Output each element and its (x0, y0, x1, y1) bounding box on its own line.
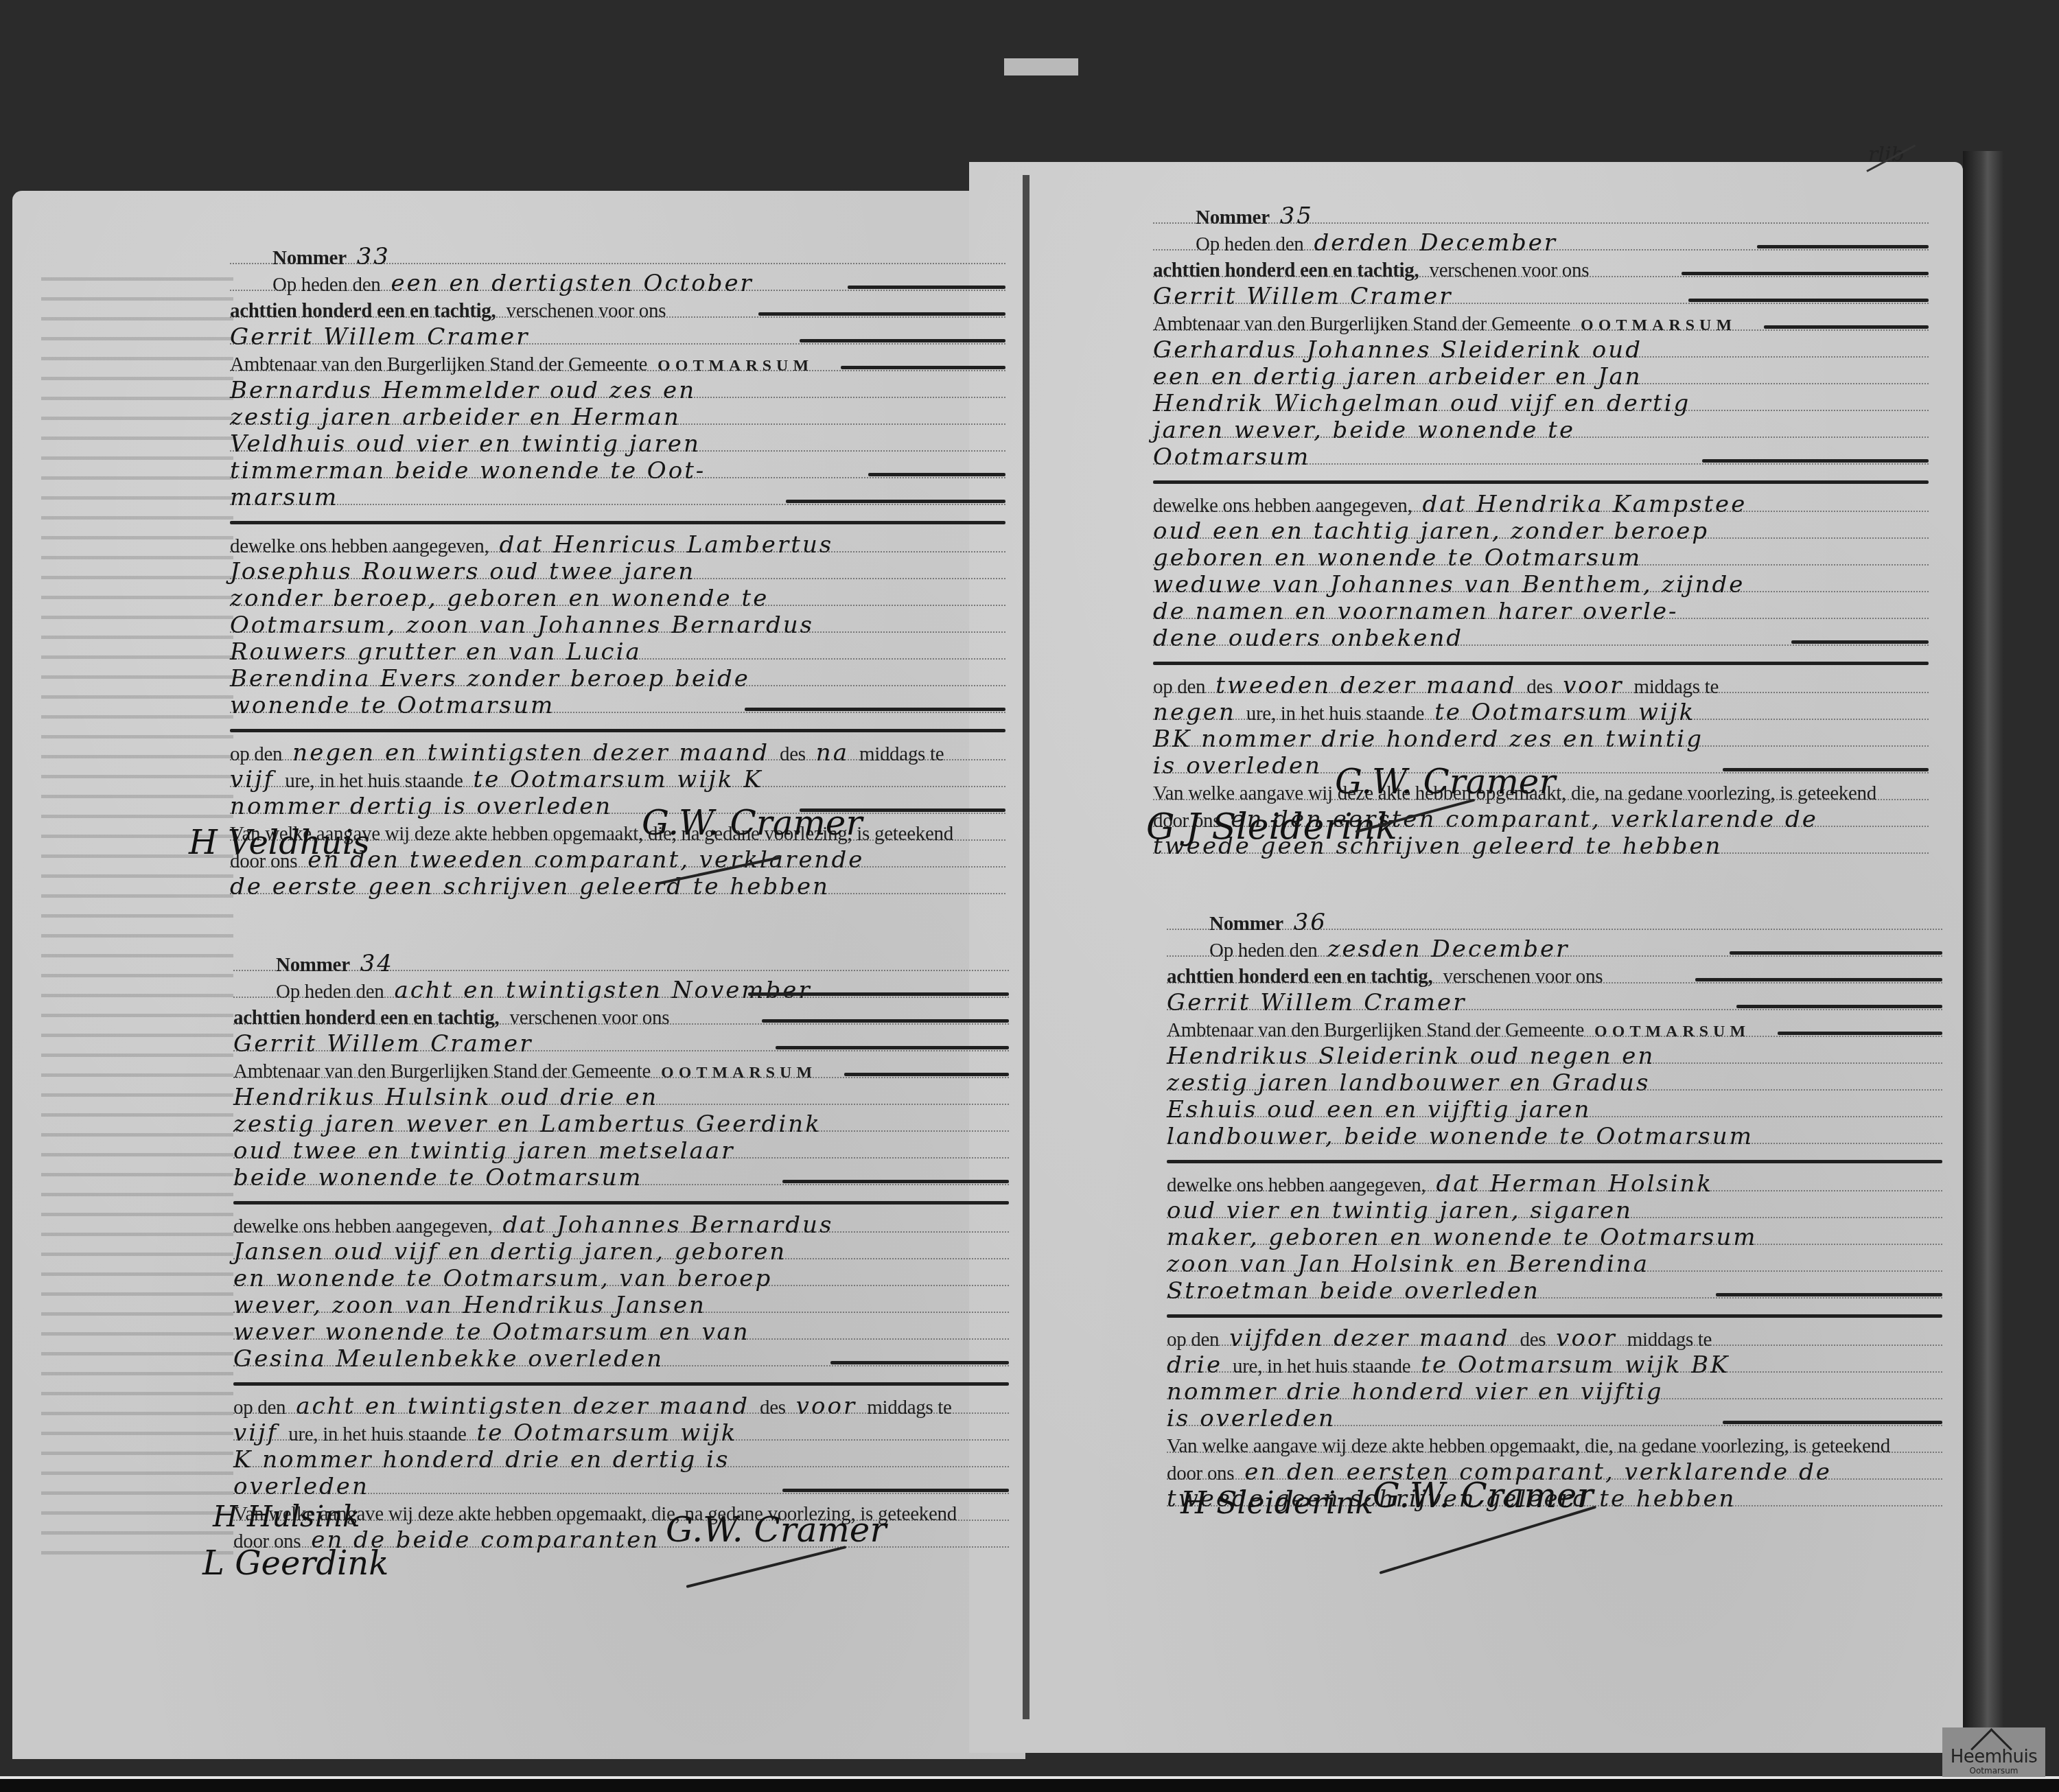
op-den-label: op den (233, 1397, 286, 1419)
death-day: acht en twintigsten dezer maand (296, 1393, 749, 1420)
filler-rule (1716, 1293, 1942, 1296)
filler-rule (1695, 978, 1942, 981)
house-location: nommer dertig is overleden (230, 793, 612, 820)
form-line: op den negen en twintigsten dezer maand … (230, 740, 1005, 767)
nommer-label: Nommer (1209, 913, 1283, 935)
ure-label: ure, in het huis staande (1233, 1355, 1410, 1377)
signature-sleiderink-h: H Sleiderink (1180, 1486, 1373, 1521)
filler-rule (1736, 1005, 1942, 1008)
section-rule (233, 1191, 1009, 1212)
filler-rule (848, 286, 1005, 289)
house-location: is overleden (1153, 752, 1322, 780)
bleed-through-lines (41, 261, 233, 1565)
op-heden-label: Op heden den (272, 274, 380, 296)
form-line: zonder beroep, geboren en wonende te (230, 585, 1005, 612)
heemhuis-logo: Heemhuis Ootmarsum (1942, 1727, 2045, 1777)
declarant-text: een en dertig jaren arbeider en Jan (1153, 363, 1642, 391)
dewelke-label: dewelke ons hebben aangegeven, (233, 1215, 493, 1237)
form-line: jaren wever, beide wonende te (1153, 417, 1929, 444)
filler-rule (844, 1073, 1009, 1076)
house-location: te Ootmarsum wijk (1434, 699, 1695, 726)
form-line: vijf ure, in het huis staande te Ootmars… (230, 767, 1005, 793)
municipality: OOTMARSUM (658, 357, 813, 375)
signature-sleiderink-gj: G J Sleiderink (1146, 806, 1397, 848)
middags-label: middags te (859, 743, 944, 765)
ure-label: ure, in het huis staande (1246, 703, 1424, 725)
van-welke-label: Van welke aangave wij deze akte hebben o… (1167, 1435, 1890, 1457)
middags-label: middags te (1634, 676, 1719, 698)
form-line: maker, geboren en wonende te Ootmarsum (1167, 1224, 1942, 1251)
house-location: te Ootmarsum wijk K (474, 766, 763, 793)
ure-label: ure, in het huis staande (285, 770, 463, 792)
form-line: Hendrikus Sleiderink oud negen en (1167, 1043, 1942, 1070)
house-location: te Ootmarsum wijk (477, 1419, 738, 1447)
filler-rule (745, 708, 1005, 711)
signed-by-text: en den tweeden comparant, verklarende (307, 846, 864, 874)
signature-cramer-36: G.W. Cramer (1373, 1476, 1593, 1515)
form-line: Van welke aangave wij deze akte hebben o… (1167, 1432, 1942, 1459)
deceased-text: geboren en wonende te Ootmarsum (1153, 544, 1642, 572)
ampm: na (816, 739, 849, 767)
form-line: de namen en voornamen harer overle- (1153, 598, 1929, 625)
nommer-label: Nommer (276, 954, 350, 976)
deceased-text: Ootmarsum, zoon van Johannes Bernardus (230, 612, 814, 639)
filler-rule (841, 366, 1005, 369)
declarant-text: Hendrik Wichgelman oud vijf en dertig (1153, 390, 1690, 417)
form-line: zestig jaren landbouwer en Gradus (1167, 1070, 1942, 1097)
form-line: is overleden (1167, 1406, 1942, 1432)
des-label: des (1520, 1329, 1546, 1351)
record-number: 35 (1280, 202, 1314, 230)
nommer-label: Nommer (272, 247, 347, 269)
form-line: op den acht en twintigsten dezer maand d… (233, 1393, 1009, 1420)
signature-veldhuis: H Veldhuis (189, 824, 370, 862)
filler-rule (830, 1361, 1009, 1364)
form-line: dewelke ons hebben aangegeven, dat Hendr… (1153, 491, 1929, 518)
dewelke-label: dewelke ons hebben aangegeven, (1153, 495, 1412, 517)
section-rule (1167, 1150, 1942, 1171)
op-heden-label: Op heden den (1209, 940, 1317, 962)
death-hour: vijf (230, 766, 275, 793)
declarant-text: timmerman beide wonende te Oot- (230, 457, 706, 485)
record-date: een en dertigsten October (391, 270, 753, 297)
form-line: Stroetman beide overleden (1167, 1278, 1942, 1305)
signed-by-text: de eerste geen schrijven geleerd te hebb… (230, 873, 830, 900)
signature-cramer-34: G.W. Cramer (666, 1510, 886, 1550)
signature-hulsink: H Hulsink (213, 1500, 360, 1533)
form-line: vijf ure, in het huis staande te Ootmars… (233, 1420, 1009, 1447)
op-heden-label: Op heden den (276, 981, 384, 1003)
death-record-34: Nommer 34Op heden den acht en twintigste… (233, 951, 1009, 1554)
record-number: 36 (1294, 909, 1327, 936)
form-line: Bernardus Hemmelder oud zes en (230, 377, 1005, 404)
declarant-text: landbouwer, beide wonende te Ootmarsum (1167, 1123, 1754, 1150)
book-binding-edge (1963, 151, 2004, 1750)
filler-rule (748, 992, 1009, 996)
declarant-text: Ootmarsum (1153, 443, 1310, 471)
death-hour: vijf (233, 1419, 278, 1447)
verschenen-label: verschenen voor ons (510, 1007, 670, 1029)
form-line: Gerrit Willem Cramer (1153, 283, 1929, 310)
record-number: 33 (357, 243, 391, 270)
deceased-text: dat Herman Holsink (1436, 1170, 1714, 1198)
form-line: dewelke ons hebben aangegeven, dat Johan… (233, 1212, 1009, 1239)
form-line: Gerhardus Johannes Sleiderink oud (1153, 337, 1929, 364)
filler-rule (758, 312, 1005, 316)
form-line: nommer drie honderd vier en vijftig (1167, 1379, 1942, 1406)
house-location: BK nommer drie honderd zes en twintig (1153, 725, 1703, 753)
declarant-text: marsum (230, 484, 338, 511)
form-line: Hendrik Wichgelman oud vijf en dertig (1153, 391, 1929, 417)
form-line: weduwe van Johannes van Benthem, zijnde (1153, 572, 1929, 598)
deceased-text: de namen en voornamen harer overle- (1153, 598, 1679, 625)
death-hour: negen (1153, 699, 1236, 726)
filler-rule (800, 339, 1005, 342)
record-number: 34 (360, 950, 394, 977)
form-line: een en dertig jaren arbeider en Jan (1153, 364, 1929, 391)
form-line: Ootmarsum, zoon van Johannes Bernardus (230, 612, 1005, 639)
scan-bottom-band (0, 1779, 2059, 1792)
form-line: Hendrikus Hulsink oud drie en (233, 1084, 1009, 1111)
ambtenaar-label: Ambtenaar van den Burgerlijken Stand der… (1153, 313, 1570, 335)
form-line: Nommer 35 (1153, 203, 1929, 230)
form-line: de eerste geen schrijven geleerd te hebb… (230, 874, 1005, 900)
filler-rule (1723, 1421, 1942, 1424)
deceased-text: en wonende te Ootmarsum, van beroep (233, 1265, 772, 1292)
form-line: Ambtenaar van den Burgerlijken Stand der… (1167, 1016, 1942, 1043)
form-line: oud vier en twintig jaren, sigaren (1167, 1198, 1942, 1224)
declarant-text: Bernardus Hemmelder oud zes en (230, 377, 696, 404)
municipality: OOTMARSUM (661, 1064, 817, 1082)
logo-place: Ootmarsum (1942, 1766, 2045, 1776)
ure-label: ure, in het huis staande (288, 1423, 466, 1445)
filler-rule (1702, 459, 1929, 463)
filler-rule (1688, 299, 1929, 302)
form-line: Eshuis oud een en vijftig jaren (1167, 1097, 1942, 1124)
form-line: wonende te Ootmarsum (230, 693, 1005, 719)
municipality: OOTMARSUM (1594, 1023, 1750, 1040)
officer-name: Gerrit Willem Cramer (1153, 283, 1452, 310)
form-line: timmerman beide wonende te Oot- (230, 458, 1005, 485)
form-line: dewelke ons hebben aangegeven, dat Henri… (230, 532, 1005, 559)
death-day: negen en twintigsten dezer maand (292, 739, 769, 767)
house-location: K nommer honderd drie en dertig is (233, 1446, 730, 1474)
declarant-text: Eshuis oud een en vijftig jaren (1167, 1096, 1591, 1124)
door-ons-label: door ons (1167, 1463, 1234, 1485)
deceased-text: Rouwers grutter en van Lucia (230, 638, 642, 666)
form-line: BK nommer drie honderd zes en twintig (1153, 726, 1929, 753)
death-day: vijfden dezer maand (1229, 1325, 1509, 1352)
nommer-label: Nommer (1196, 207, 1270, 229)
form-line: overleden (233, 1474, 1009, 1500)
declarant-text: Gerhardus Johannes Sleiderink oud (1153, 336, 1642, 364)
logo-name: Heemhuis (1942, 1747, 2045, 1767)
deceased-text: wever, zoon van Hendrikus Jansen (233, 1292, 706, 1319)
declarant-text: Hendrikus Sleiderink oud negen en (1167, 1043, 1655, 1070)
form-line: Gesina Meulenbekke overleden (233, 1346, 1009, 1373)
form-line: dewelke ons hebben aangegeven, dat Herma… (1167, 1171, 1942, 1198)
filler-rule (1791, 640, 1929, 644)
middags-label: middags te (867, 1397, 951, 1419)
deceased-text: oud een en tachtig jaren, zonder beroep (1153, 517, 1709, 545)
form-line: negen ure, in het huis staande te Ootmar… (1153, 699, 1929, 726)
form-line: achttien honderd een en tachtig, versche… (230, 297, 1005, 324)
dewelke-label: dewelke ons hebben aangegeven, (230, 535, 489, 557)
declarant-text: zestig jaren wever en Lambertus Geerdink (233, 1110, 822, 1138)
form-line: Gerrit Willem Cramer (233, 1031, 1009, 1058)
officer-name: Gerrit Willem Cramer (230, 323, 529, 351)
section-rule (1153, 471, 1929, 491)
filler-rule (1757, 245, 1929, 248)
folio-mark: rlib (1868, 143, 1905, 167)
deceased-text: dat Johannes Bernardus (503, 1211, 834, 1239)
op-den-label: op den (1153, 676, 1205, 698)
ampm: voor (1563, 672, 1623, 699)
death-day: tweeden dezer maand (1215, 672, 1516, 699)
record-date: zesden December (1327, 935, 1569, 963)
deceased-text: maker, geboren en wonende te Ootmarsum (1167, 1224, 1758, 1251)
year-text: achttien honderd een en tachtig, (230, 300, 496, 322)
form-line: achttien honderd een en tachtig, versche… (233, 1004, 1009, 1031)
deceased-text: Stroetman beide overleden (1167, 1277, 1540, 1305)
form-line: geboren en wonende te Ootmarsum (1153, 545, 1929, 572)
des-label: des (760, 1397, 786, 1419)
deceased-text: wever wonende te Ootmarsum en van (233, 1318, 750, 1346)
middags-label: middags te (1627, 1329, 1712, 1351)
form-line: zoon van Jan Holsink en Berendina (1167, 1251, 1942, 1278)
deceased-text: dene ouders onbekend (1153, 625, 1463, 652)
page-gutter (1023, 175, 1029, 1719)
form-line: Berendina Evers zonder beroep beide (230, 666, 1005, 693)
form-line: Op heden den acht en twintigsten Novembe… (233, 977, 1009, 1004)
form-line: achttien honderd een en tachtig, versche… (1167, 963, 1942, 990)
des-label: des (780, 743, 806, 765)
scanner-tab (1004, 58, 1078, 75)
house-location: overleden (233, 1473, 369, 1500)
op-den-label: op den (1167, 1329, 1219, 1351)
form-line: Josephus Rouwers oud twee jaren (230, 559, 1005, 585)
filler-rule (1723, 768, 1929, 771)
declarant-text: beide wonende te Ootmarsum (233, 1164, 643, 1191)
form-line: Veldhuis oud vier en twintig jaren (230, 431, 1005, 458)
form-line: dene ouders onbekend (1153, 625, 1929, 652)
signature-geerdink: L Geerdink (202, 1544, 388, 1583)
house-location: is overleden (1167, 1405, 1336, 1432)
form-line: Gerrit Willem Cramer (230, 324, 1005, 351)
filler-rule (1764, 325, 1929, 329)
declarant-text: Veldhuis oud vier en twintig jaren (230, 430, 701, 458)
form-line: en wonende te Ootmarsum, van beroep (233, 1266, 1009, 1292)
declarant-text: zestig jaren landbouwer en Gradus (1167, 1069, 1650, 1097)
form-line: Nommer 34 (233, 951, 1009, 977)
deceased-text: Berendina Evers zonder beroep beide (230, 665, 750, 693)
form-line: Gerrit Willem Cramer (1167, 990, 1942, 1016)
deceased-text: Jansen oud vijf en dertig jaren, geboren (233, 1238, 787, 1266)
filler-rule (782, 1180, 1009, 1183)
form-line: beide wonende te Ootmarsum (233, 1165, 1009, 1191)
form-line: op den vijfden dezer maand des voor midd… (1167, 1325, 1942, 1352)
declarant-text: Hendrikus Hulsink oud drie en (233, 1084, 658, 1111)
filler-rule (1778, 1032, 1942, 1035)
filler-rule (1730, 951, 1942, 955)
ampm: voor (796, 1393, 857, 1420)
form-line: Jansen oud vijf en dertig jaren, geboren (233, 1239, 1009, 1266)
filler-rule (1682, 272, 1929, 275)
form-line: achttien honderd een en tachtig, versche… (1153, 257, 1929, 283)
year-text: achttien honderd een en tachtig, (233, 1007, 500, 1029)
form-line: nommer dertig is overleden (230, 793, 1005, 820)
officer-name: Gerrit Willem Cramer (1167, 989, 1466, 1016)
form-line: zestig jaren arbeider en Herman (230, 404, 1005, 431)
year-text: achttien honderd een en tachtig, (1153, 259, 1419, 281)
declarant-text: oud twee en twintig jaren metselaar (233, 1137, 734, 1165)
section-rule (233, 1373, 1009, 1393)
ambtenaar-label: Ambtenaar van den Burgerlijken Stand der… (230, 353, 647, 375)
form-line: Nommer 33 (230, 244, 1005, 270)
filler-rule (782, 1489, 1009, 1492)
filler-rule (762, 1019, 1009, 1023)
deceased-text: zonder beroep, geboren en wonende te (230, 585, 769, 612)
form-line: Op heden den een en dertigsten October (230, 270, 1005, 297)
op-den-label: op den (230, 743, 282, 765)
deceased-text: dat Hendrika Kampstee (1423, 491, 1747, 518)
house-location: te Ootmarsum wijk BK (1421, 1351, 1730, 1379)
form-line: Op heden den zesden December (1167, 936, 1942, 963)
death-record-33: Nommer 33Op heden den een en dertigsten … (230, 244, 1005, 900)
verschenen-label: verschenen voor ons (1430, 259, 1590, 281)
form-line: marsum (230, 485, 1005, 511)
form-line: Rouwers grutter en van Lucia (230, 639, 1005, 666)
deceased-text: wonende te Ootmarsum (230, 692, 555, 719)
section-rule (1167, 1305, 1942, 1325)
deceased-text: weduwe van Johannes van Benthem, zijnde (1153, 571, 1745, 598)
filler-rule (786, 500, 1005, 503)
form-line: Nommer 36 (1167, 909, 1942, 936)
deceased-text: oud vier en twintig jaren, sigaren (1167, 1197, 1633, 1224)
signature-cramer-33: G.W. Cramer (642, 803, 862, 843)
death-record-36: Nommer 36Op heden den zesden Decemberach… (1167, 909, 1942, 1513)
section-rule (230, 719, 1005, 740)
signature-cramer-35: G.W. Cramer (1335, 762, 1555, 802)
form-line: oud twee en twintig jaren metselaar (233, 1138, 1009, 1165)
form-line: Ambtenaar van den Burgerlijken Stand der… (233, 1058, 1009, 1084)
dotted-rule (230, 504, 1005, 505)
filler-rule (868, 473, 1005, 476)
death-hour: drie (1167, 1351, 1222, 1379)
deceased-text: zoon van Jan Holsink en Berendina (1167, 1250, 1649, 1278)
section-rule (230, 511, 1005, 532)
municipality: OOTMARSUM (1581, 316, 1736, 334)
form-line: op den tweeden dezer maand des voor midd… (1153, 673, 1929, 699)
form-line: Ambtenaar van den Burgerlijken Stand der… (1153, 310, 1929, 337)
officer-name: Gerrit Willem Cramer (233, 1030, 533, 1058)
form-line: zestig jaren wever en Lambertus Geerdink (233, 1111, 1009, 1138)
form-line: Ootmarsum (1153, 444, 1929, 471)
form-line: K nommer honderd drie en dertig is (233, 1447, 1009, 1474)
form-line: wever wonende te Ootmarsum en van (233, 1319, 1009, 1346)
record-date: acht en twintigsten November (394, 977, 811, 1004)
verschenen-label: verschenen voor ons (507, 300, 666, 322)
des-label: des (1526, 676, 1552, 698)
ambtenaar-label: Ambtenaar van den Burgerlijken Stand der… (233, 1060, 651, 1082)
ambtenaar-label: Ambtenaar van den Burgerlijken Stand der… (1167, 1019, 1584, 1041)
form-line: drie ure, in het huis staande te Ootmars… (1167, 1352, 1942, 1379)
record-date: derden December (1314, 229, 1557, 257)
year-text: achttien honderd een en tachtig, (1167, 966, 1433, 988)
declarant-text: zestig jaren arbeider en Herman (230, 404, 681, 431)
deceased-text: Gesina Meulenbekke overleden (233, 1345, 664, 1373)
form-line: landbouwer, beide wonende te Ootmarsum (1167, 1124, 1942, 1150)
house-location: nommer drie honderd vier en vijftig (1167, 1378, 1663, 1406)
deceased-text: dat Henricus Lambertus (500, 531, 834, 559)
deceased-text: Josephus Rouwers oud twee jaren (230, 558, 695, 585)
section-rule (1153, 652, 1929, 673)
form-line: Ambtenaar van den Burgerlijken Stand der… (230, 351, 1005, 377)
declarant-text: jaren wever, beide wonende te (1153, 417, 1575, 444)
form-line: wever, zoon van Hendrikus Jansen (233, 1292, 1009, 1319)
op-heden-label: Op heden den (1196, 233, 1303, 255)
form-line: Op heden den derden December (1153, 230, 1929, 257)
verschenen-label: verschenen voor ons (1443, 966, 1603, 988)
filler-rule (776, 1046, 1009, 1049)
dewelke-label: dewelke ons hebben aangegeven, (1167, 1174, 1426, 1196)
form-line: oud een en tachtig jaren, zonder beroep (1153, 518, 1929, 545)
ampm: voor (1556, 1325, 1616, 1352)
